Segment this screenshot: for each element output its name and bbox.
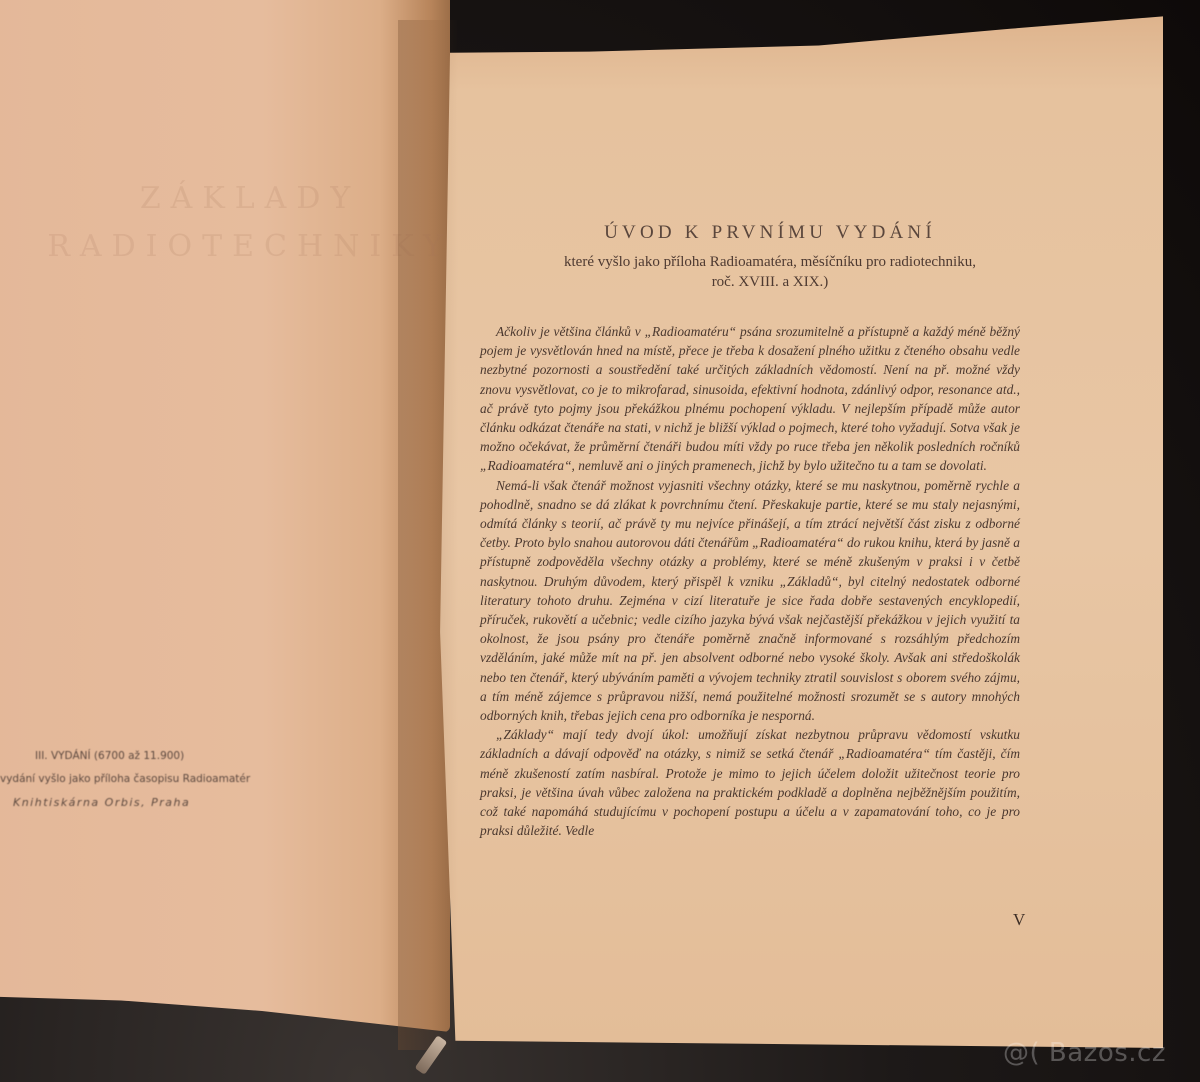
body-text: Ačkoliv je většina článků v „Radioamatér… xyxy=(480,322,1020,840)
paragraph: „Základy“ mají tedy dvojí úkol: umožňují… xyxy=(480,725,1020,840)
page-title: ÚVOD K PRVNÍMU VYDÁNÍ xyxy=(520,222,1020,244)
imprint-block: III. VYDÁNÍ (6700 až 11.900) vydání vyšl… xyxy=(0,750,300,809)
ghost-title-line: ZÁKLADY xyxy=(40,175,460,223)
subtitle-line: které vyšlo jako příloha Radioamatéra, m… xyxy=(520,252,1020,272)
page-subtitle: které vyšlo jako příloha Radioamatéra, m… xyxy=(520,252,1020,292)
ghost-title-line: RADIOTECHNIKY xyxy=(40,223,460,271)
publication-note: vydání vyšlo jako příloha časopisu Radio… xyxy=(0,773,300,785)
left-page xyxy=(0,0,450,1032)
right-page-content: ÚVOD K PRVNÍMU VYDÁNÍ které vyšlo jako p… xyxy=(480,222,1020,840)
edition-info: III. VYDÁNÍ (6700 až 11.900) xyxy=(35,750,300,762)
printer-name: Knihtiskárna Orbis, Praha xyxy=(13,796,300,809)
paragraph: Nemá-li však čtenář možnost vyjasniti vš… xyxy=(480,476,1020,726)
subtitle-line: roč. XVIII. a XIX.) xyxy=(520,272,1020,292)
paragraph: Ačkoliv je většina článků v „Radioamatér… xyxy=(480,322,1020,476)
watermark: @( Bazos.cz xyxy=(1003,1038,1166,1068)
left-page-show-through-title: ZÁKLADY RADIOTECHNIKY xyxy=(40,175,460,271)
page-number: V xyxy=(1013,910,1025,930)
